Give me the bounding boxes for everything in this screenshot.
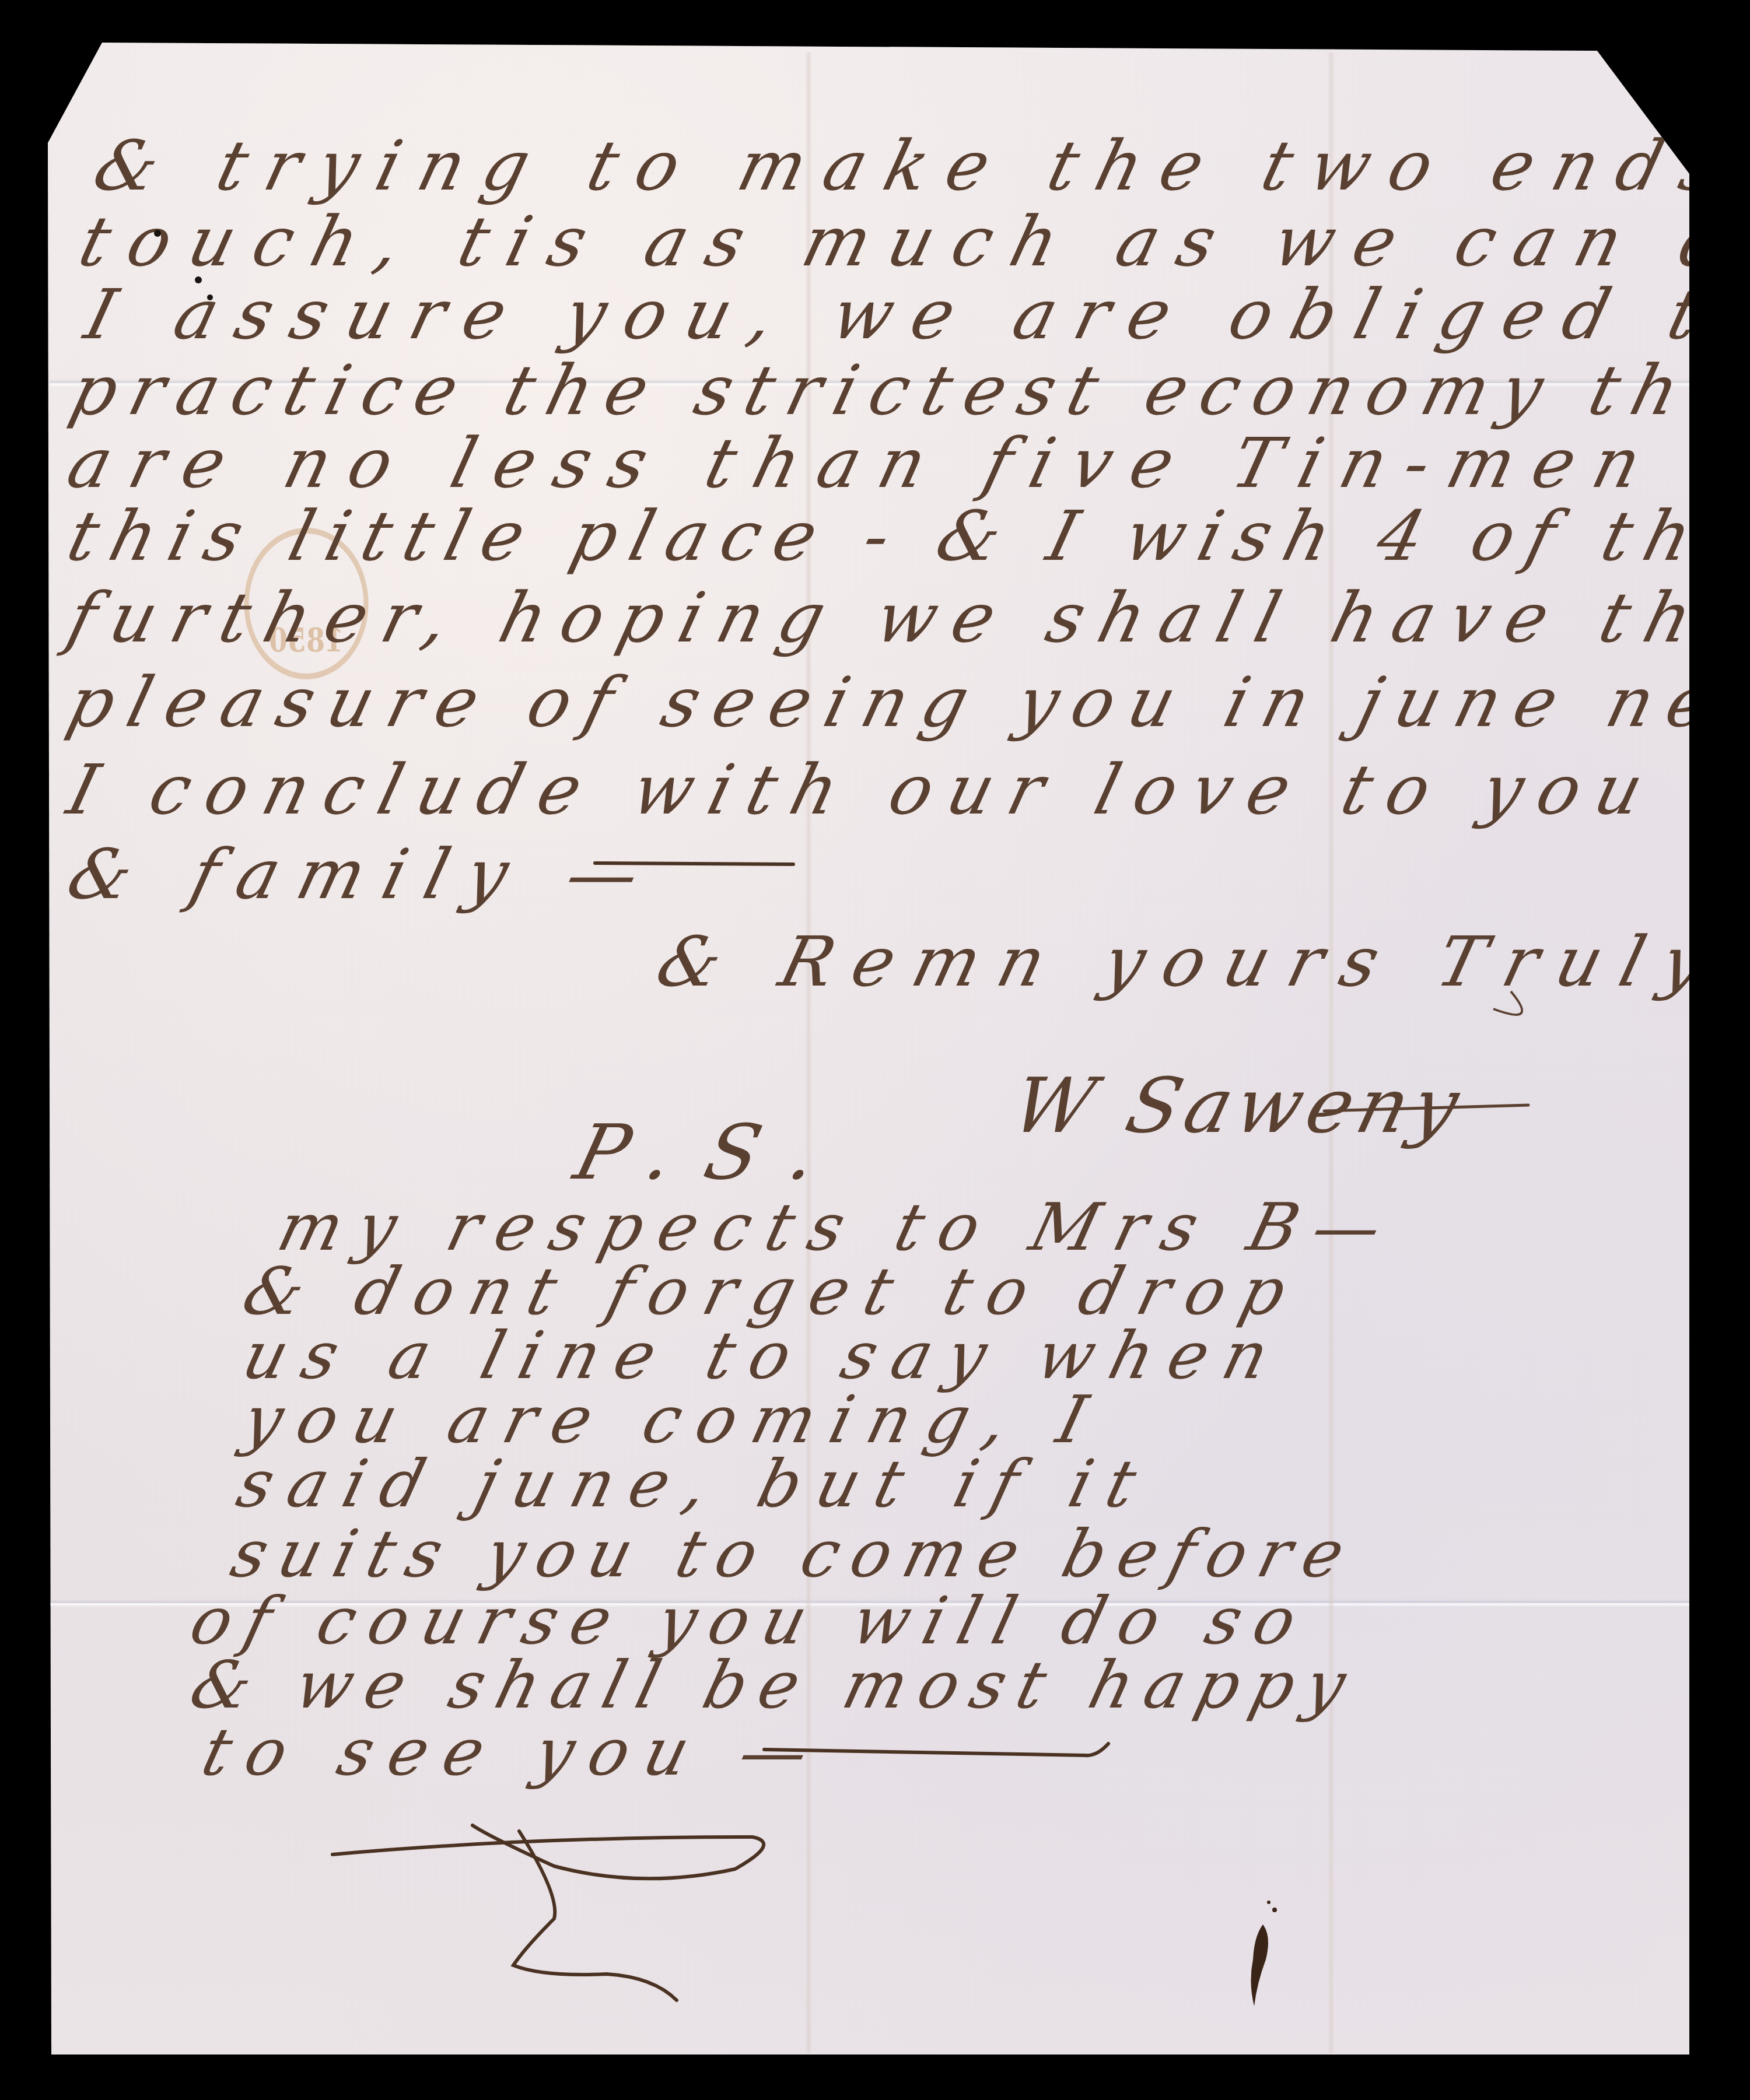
letter-scan: 1850 & trying to make the two ends touch… — [0, 0, 1750, 2100]
pen-flourishes — [0, 0, 1750, 2100]
letter-paper: 1850 & trying to make the two ends touch… — [0, 0, 1750, 2100]
